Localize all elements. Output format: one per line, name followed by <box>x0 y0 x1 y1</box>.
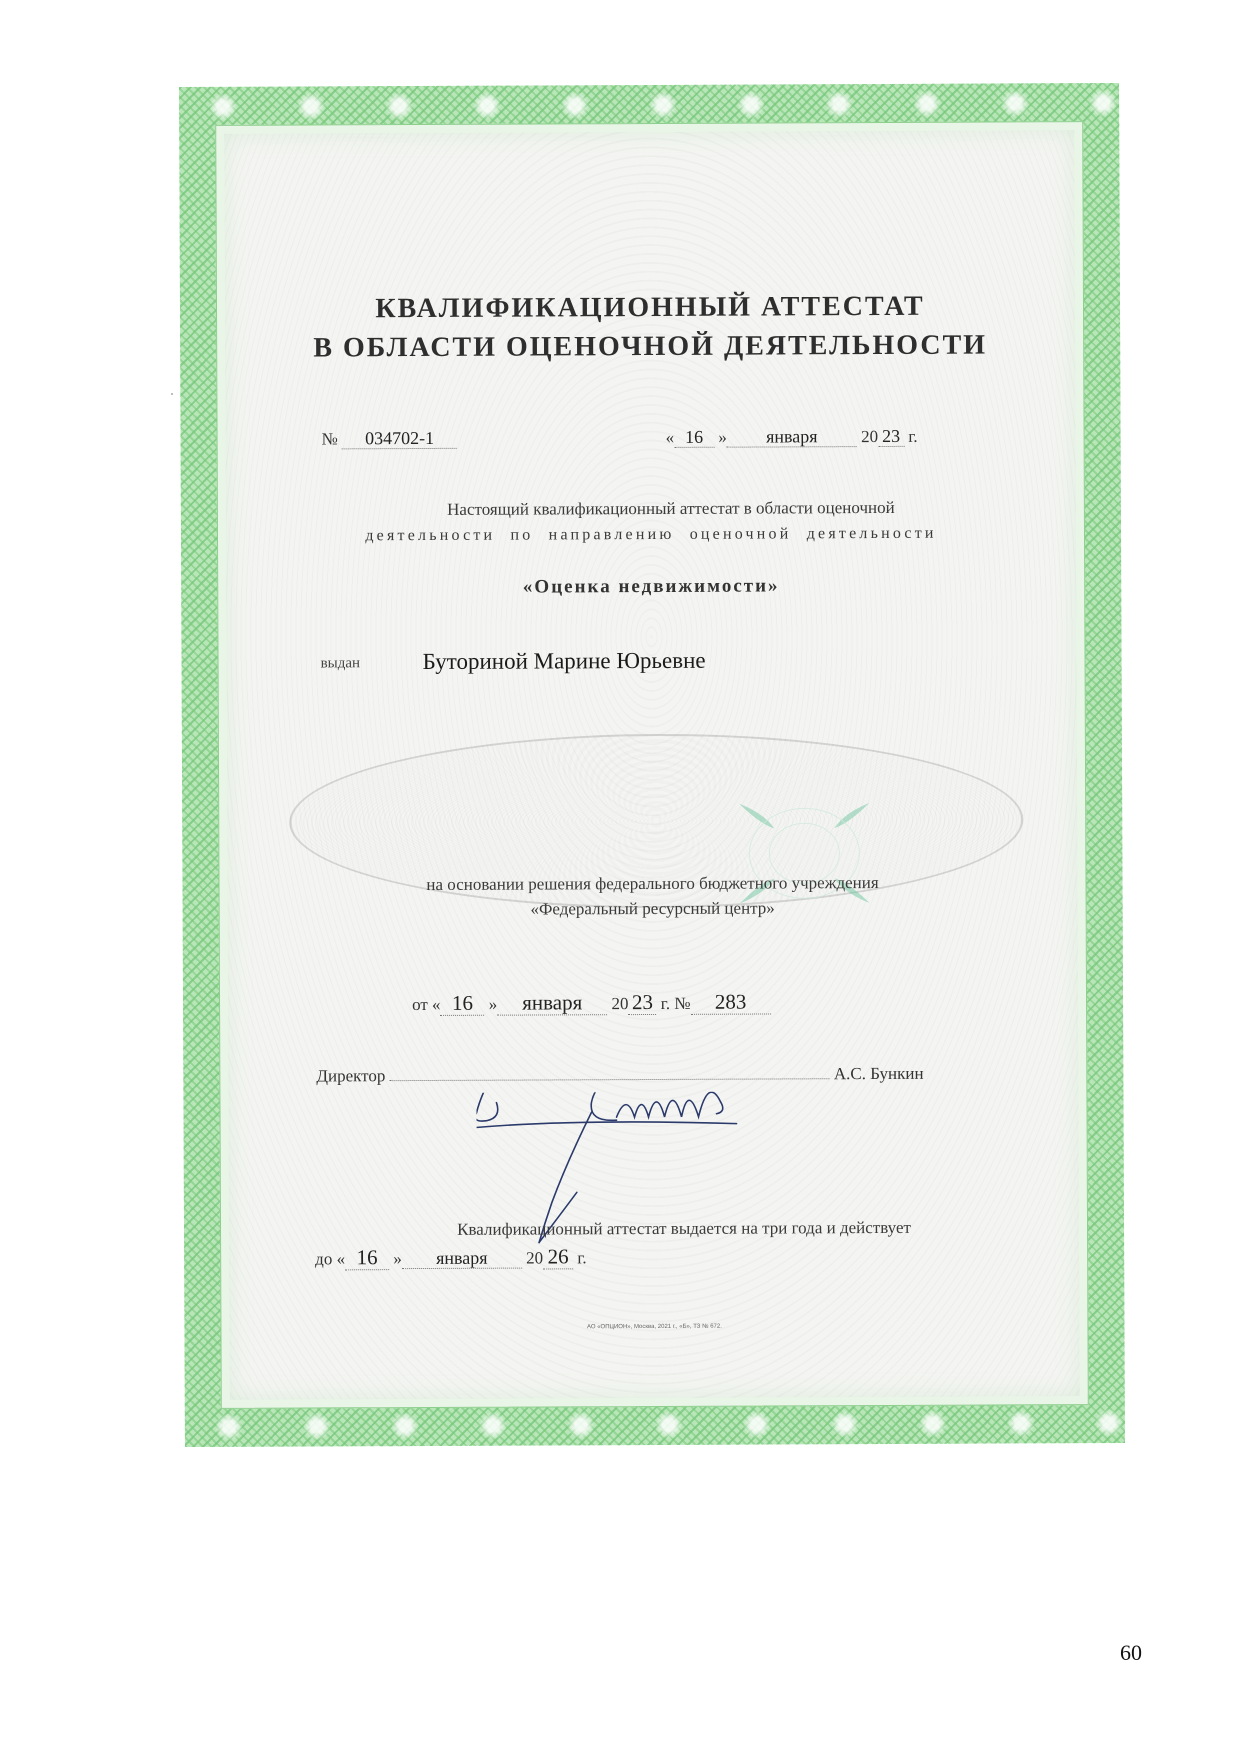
valid-until-row: до «16 »января 2026 г. <box>315 1246 587 1270</box>
printer-imprint: АО «ОПЦИОН», Москва, 2021 г., «Б», ТЗ № … <box>221 1322 1087 1332</box>
scan-speck <box>171 393 173 395</box>
director-name: А.С. Бункин <box>834 1064 924 1083</box>
issue-date-close-quote: » <box>718 428 727 447</box>
director-signature-line <box>390 1059 830 1081</box>
director-row: Директор А.С. Бункин <box>316 1059 923 1087</box>
issue-date-day: 16 <box>674 428 714 448</box>
validity-text: Квалификационный аттестат выдается на тр… <box>221 1217 1087 1241</box>
intro-line-1: Настоящий квалификационный аттестат в об… <box>218 497 1084 521</box>
decision-number-label: г. № <box>661 994 691 1013</box>
decision-year: 23 <box>628 992 656 1015</box>
valid-until-day: 16 <box>345 1247 389 1270</box>
valid-until-month: января <box>402 1249 522 1270</box>
issue-date-year-prefix: 20 <box>861 427 878 446</box>
certificate-title-line-1: КВАЛИФИКАЦИОННЫЙ АТТЕСТАТ <box>217 290 1083 326</box>
valid-until-year-unit: г. <box>577 1248 586 1267</box>
decision-number: 283 <box>690 991 770 1014</box>
decision-row: от «16 »января 2023 г. №283 <box>412 991 771 1016</box>
valid-until-close-quote: » <box>393 1249 402 1268</box>
valid-until-year: 26 <box>543 1246 573 1269</box>
certificate-inner-field: КВАЛИФИКАЦИОННЫЙ АТТЕСТАТ В ОБЛАСТИ ОЦЕН… <box>215 121 1089 1409</box>
certificate-number: 034702-1 <box>342 429 457 450</box>
issued-label: выдан <box>321 655 361 672</box>
number-sign: № <box>322 429 338 448</box>
decision-from-label: от « <box>412 995 441 1014</box>
issue-date-row: «16 »января 2023 г. <box>666 427 918 448</box>
issue-date-open-quote: « <box>666 428 675 447</box>
director-label: Директор <box>316 1066 385 1085</box>
certificate-number-row: № 034702-1 <box>322 429 458 450</box>
issue-date-year-unit: г. <box>908 427 917 446</box>
certificate-frame: КВАЛИФИКАЦИОННЫЙ АТТЕСТАТ В ОБЛАСТИ ОЦЕН… <box>179 83 1125 1447</box>
decision-day: 16 <box>440 993 484 1016</box>
certificate-title-line-2: В ОБЛАСТИ ОЦЕНОЧНОЙ ДЕЯТЕЛЬНОСТИ <box>217 329 1083 365</box>
valid-until-year-prefix: 20 <box>526 1248 543 1267</box>
decision-year-prefix: 20 <box>611 994 628 1013</box>
valid-until-label: до « <box>315 1249 345 1268</box>
decision-month: января <box>497 992 607 1015</box>
valuation-direction: «Оценка недвижимости» <box>218 574 1084 600</box>
holder-name: Буториной Марине Юрьевне <box>422 648 705 675</box>
basis-line-1: на основании решения федерального бюджет… <box>219 872 1085 896</box>
decision-close-quote: » <box>489 995 498 1014</box>
certificate-content: КВАЛИФИКАЦИОННЫЙ АТТЕСТАТ В ОБЛАСТИ ОЦЕН… <box>216 122 1088 1408</box>
basis-line-2: «Федеральный ресурсный центр» <box>220 897 1086 921</box>
intro-line-2: деятельности по направлению оценочной де… <box>218 524 1084 546</box>
issue-date-year: 23 <box>878 427 904 447</box>
issue-date-month: января <box>727 427 857 448</box>
page-number: 60 <box>1120 1640 1142 1666</box>
